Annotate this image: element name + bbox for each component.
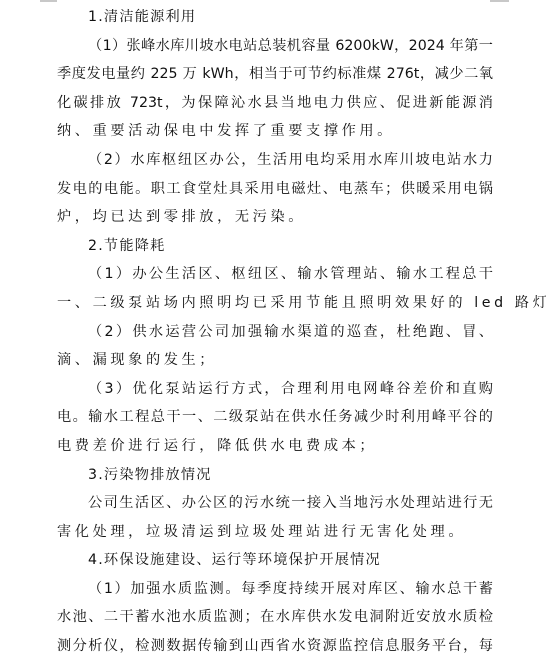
paragraph-line: 季度发电量约 225 万 kWh，相当于可节约标准煤 276t，减少二氧 [57,60,493,89]
paragraph-line: （3）优化泵站运行方式，合理利用电网峰谷差价和直购 [57,375,493,404]
paragraph-line: （1）办公生活区、枢纽区、输水管理站、输水工程总干 [57,260,493,289]
paragraph-line: 发电的电能。职工食堂灶具采用电磁灶、电蒸车；供暖采用电锅 [57,175,493,204]
paragraph-line: 水池、二干蓄水池水质监测；在水库供水发电洞附近安放水质检 [57,603,493,632]
paragraph-line: 测分析仪，检测数据传输到山西省水资源监控信息服务平台，每 [57,632,493,660]
paragraph-line: （1）张峰水库川坡水电站总装机容量 6200kW，2024 年第一 [57,32,493,61]
paragraph-line: 炉，均已达到零排放，无污染。 [57,203,493,232]
paragraph-line: 纳、重要活动保电中发挥了重要支撑作用。 [57,117,493,146]
paragraph-line: 滴、漏现象的发生； [57,346,493,375]
paragraph-line: （2）水库枢纽区办公，生活用电均采用水库川坡电站水力 [57,146,493,175]
paragraph-line: （1）加强水质监测。每季度持续开展对库区、输水总干蓄 [57,575,493,604]
page-corner-mark-right [490,0,509,2]
section-heading: 2.节能降耗 [57,232,493,261]
paragraph-line: 一、二级泵站场内照明均已采用节能且照明效果好的 led 路灯； [57,289,493,318]
section-heading: 3.污染物排放情况 [57,461,493,490]
paragraph-line: 电。输水工程总干一、二级泵站在供水任务减少时利用峰平谷的 [57,403,493,432]
section-heading: 4.环保设施建设、运行等环境保护开展情况 [57,546,493,575]
paragraph-line: （2）供水运营公司加强输水渠道的巡查，杜绝跑、冒、 [57,318,493,347]
document-body: 1.清洁能源利用 （1）张峰水库川坡水电站总装机容量 6200kW，2024 年… [57,3,493,660]
paragraph-line: 害化处理，垃圾清运到垃圾处理站进行无害化处理。 [57,518,493,547]
page-corner-mark-left [40,0,57,2]
document-page: 1.清洁能源利用 （1）张峰水库川坡水电站总装机容量 6200kW，2024 年… [0,0,546,660]
paragraph-line: 电费差价进行运行，降低供水电费成本； [57,432,493,461]
section-heading: 1.清洁能源利用 [57,3,493,32]
paragraph-line: 公司生活区、办公区的污水统一接入当地污水处理站进行无 [57,489,493,518]
paragraph-line: 化碳排放 723t，为保障沁水县当地电力供应、促进新能源消 [57,89,493,118]
